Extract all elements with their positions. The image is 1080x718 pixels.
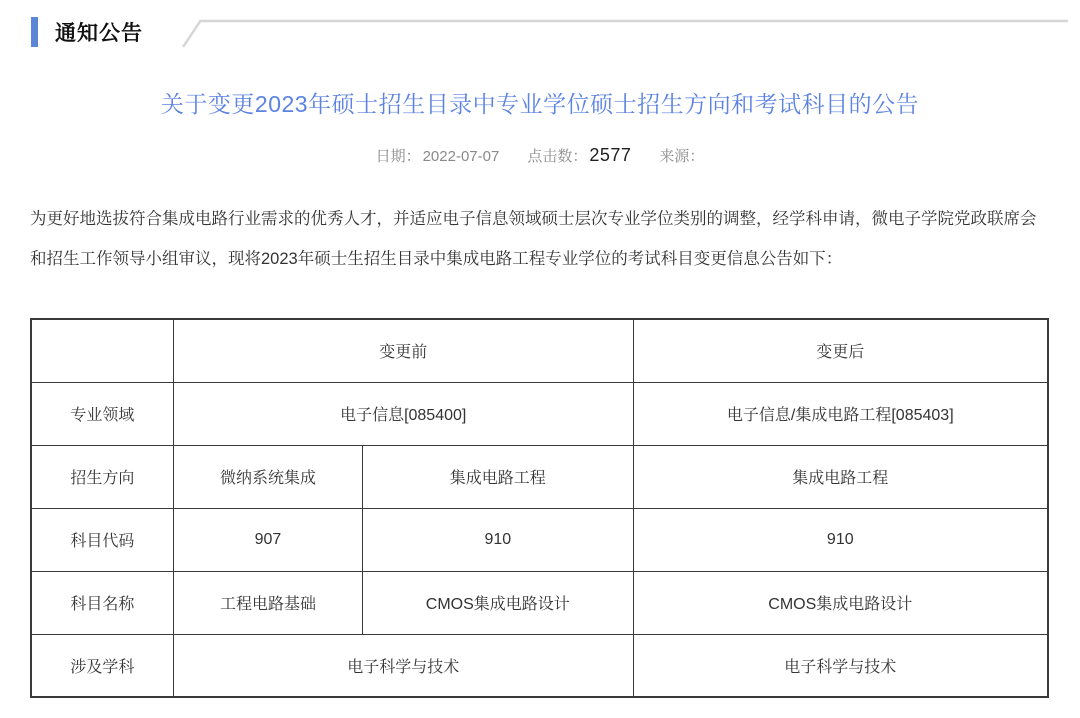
section-title: 通知公告 [55,17,143,47]
article-title: 关于变更2023年硕士招生目录中专业学位硕士招生方向和考试科目的公告 [0,86,1080,119]
table-row-direction: 招生方向 微纳系统集成 集成电路工程 集成电路工程 [31,445,1048,508]
meta-source: 来源： [659,145,704,166]
cell-after: CMOS集成电路设计 [633,571,1048,634]
row-label: 涉及学科 [31,634,173,697]
meta-date-value: 2022-07-07 [423,148,500,165]
change-comparison-table: 变更前 变更后 专业领域 电子信息[085400] 电子信息/集成电路工程[08… [30,318,1049,698]
cell-before-1: 工程电路基础 [173,571,362,634]
row-label: 招生方向 [31,445,173,508]
table-row-code: 科目代码 907 910 910 [31,508,1048,571]
announcement-page: 通知公告 关于变更2023年硕士招生目录中专业学位硕士招生方向和考试科目的公告 … [0,0,1080,718]
accent-bar [31,17,38,47]
cell-before-2: 集成电路工程 [363,445,634,508]
cell-before: 电子信息[085400] [173,382,633,445]
meta-hits-label: 点击数： [527,145,587,166]
decorative-line [181,14,1070,50]
corner-cell [31,319,173,382]
article-body: 为更好地选拔符合集成电路行业需求的优秀人才，并适应电子信息领域硕士层次专业学位类… [30,199,1050,279]
col-header-before: 变更前 [173,319,633,382]
row-label: 科目名称 [31,571,173,634]
cell-before-1: 907 [173,508,362,571]
table-row-field: 专业领域 电子信息[085400] 电子信息/集成电路工程[085403] [31,382,1048,445]
cell-before-2: CMOS集成电路设计 [363,571,634,634]
meta-hits: 点击数： 2577 [527,145,631,166]
cell-after: 910 [633,508,1048,571]
cell-before-2: 910 [363,508,634,571]
cell-after: 电子科学与技术 [633,634,1048,697]
meta-source-label: 来源： [659,145,704,166]
cell-after: 电子信息/集成电路工程[085403] [633,382,1048,445]
cell-before-1: 微纳系统集成 [173,445,362,508]
meta-hits-value: 2577 [589,145,631,166]
article-meta: 日期： 2022-07-07 点击数： 2577 来源： [0,145,1080,166]
table-row-discipline: 涉及学科 电子科学与技术 电子科学与技术 [31,634,1048,697]
section-header: 通知公告 [0,0,1080,52]
meta-date: 日期： 2022-07-07 [376,145,500,166]
meta-date-label: 日期： [376,145,421,166]
table-row-name: 科目名称 工程电路基础 CMOS集成电路设计 CMOS集成电路设计 [31,571,1048,634]
col-header-after: 变更后 [633,319,1048,382]
table-header-row: 变更前 变更后 [31,319,1048,382]
row-label: 科目代码 [31,508,173,571]
row-label: 专业领域 [31,382,173,445]
cell-after: 集成电路工程 [633,445,1048,508]
cell-before: 电子科学与技术 [173,634,633,697]
